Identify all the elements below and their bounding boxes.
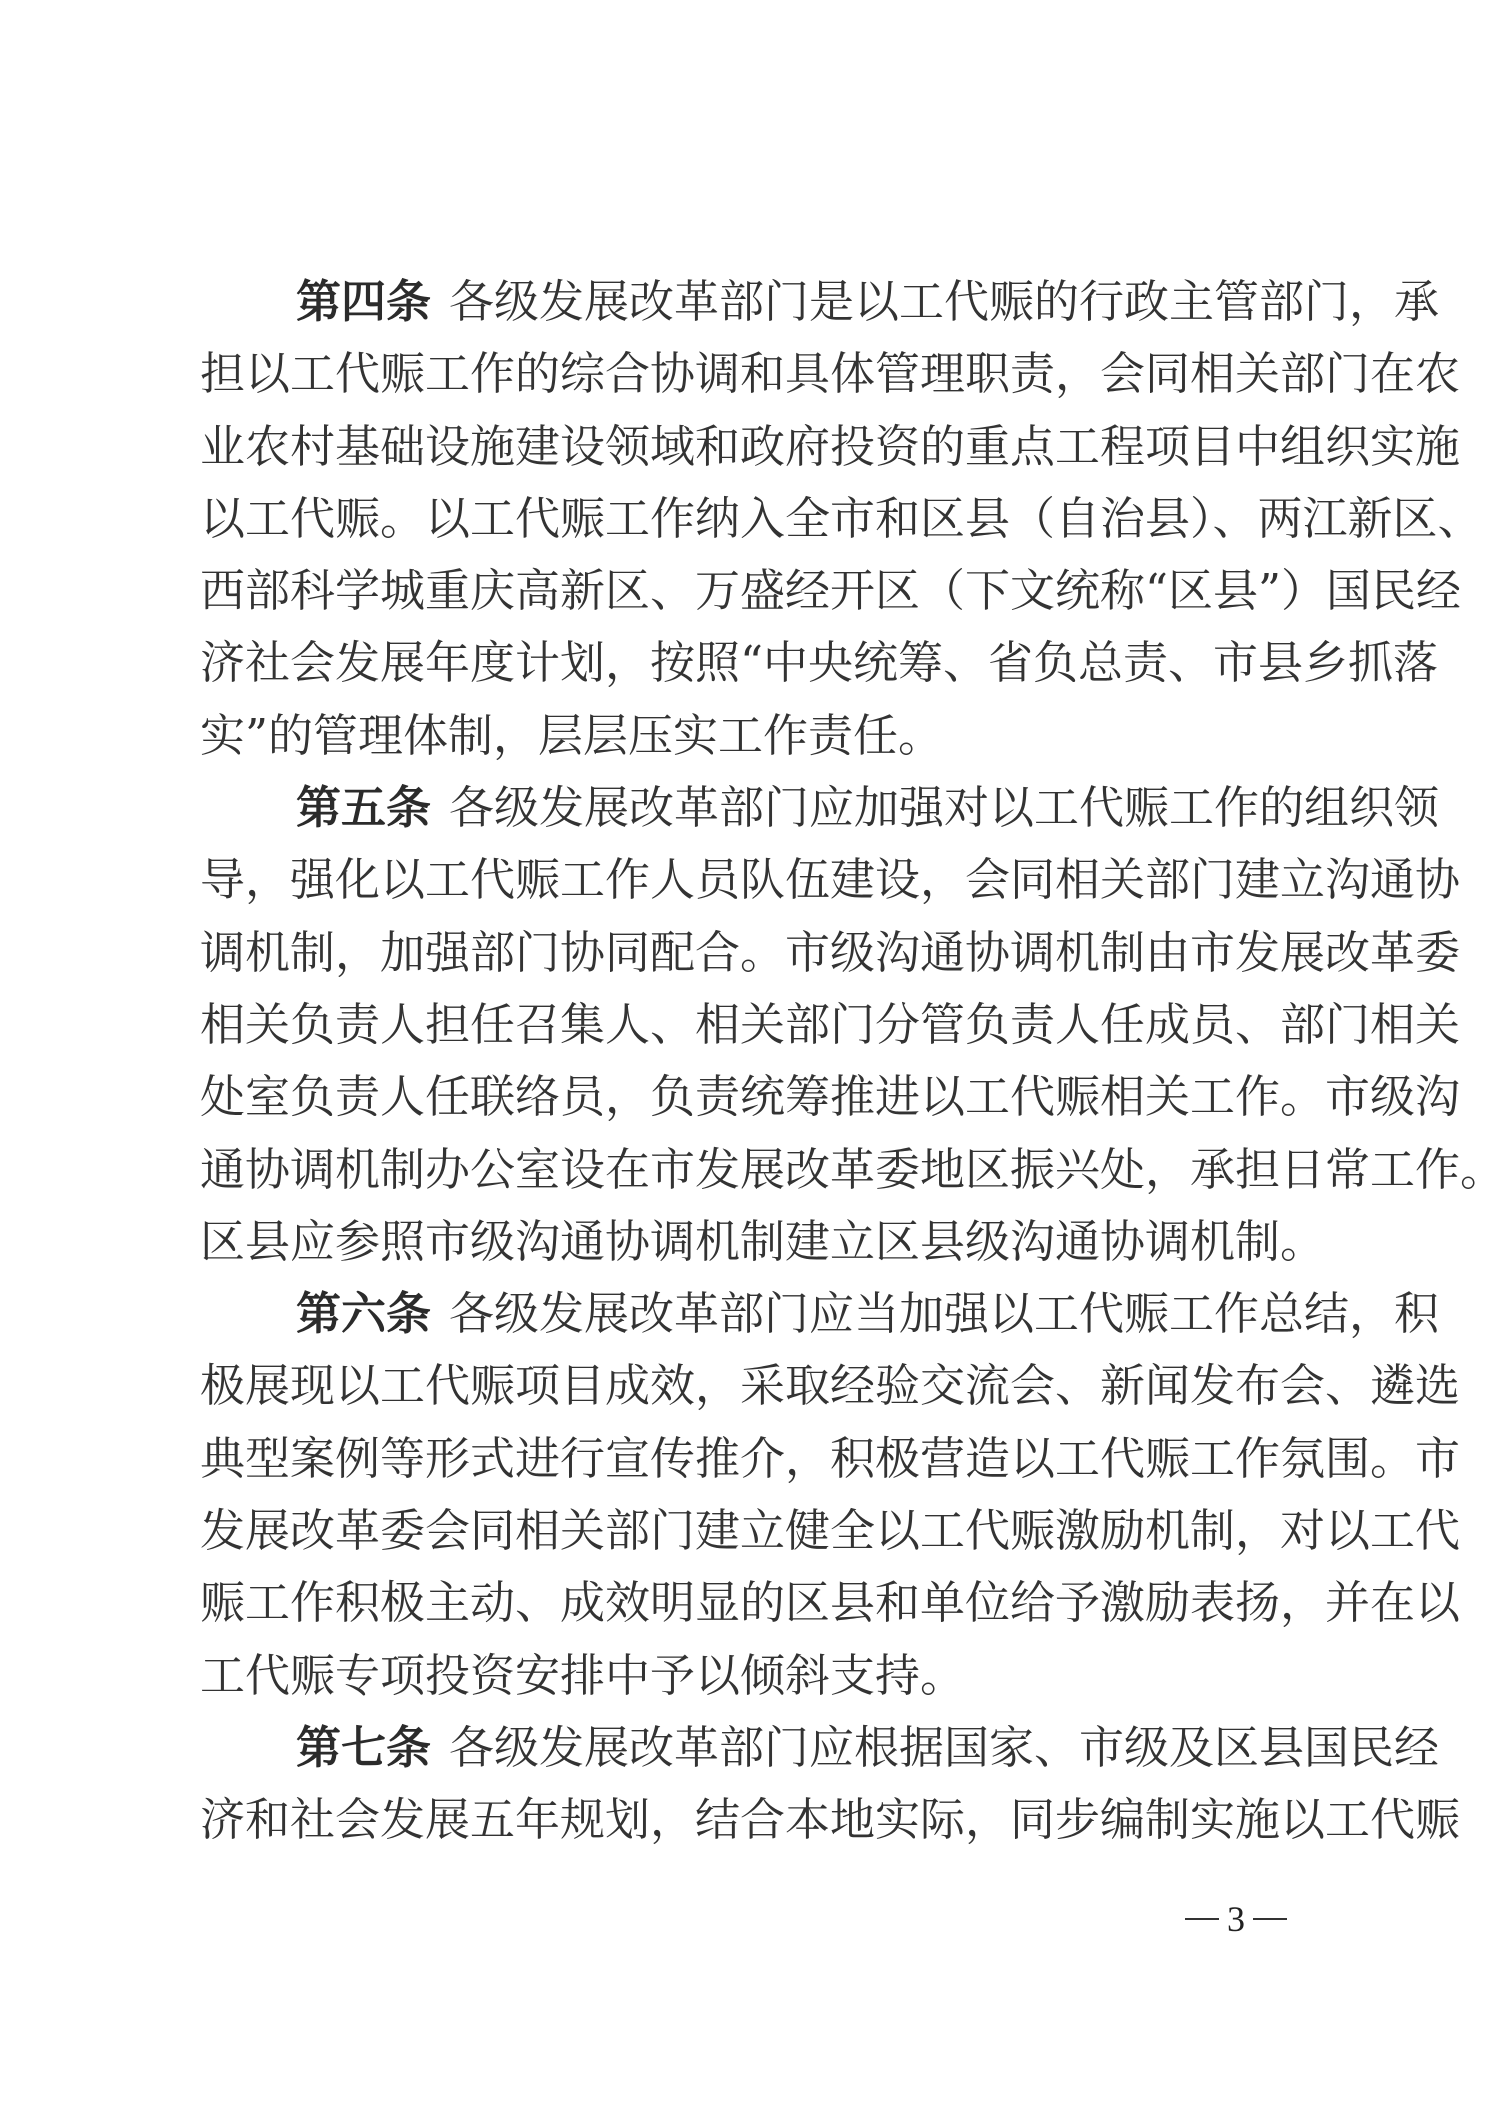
page-number: 3 bbox=[1185, 1898, 1305, 1940]
article-4-line-6: 济社会发展年度计划，按照“中央统筹、省负总责、市县乡抓落 bbox=[200, 627, 1305, 699]
article-5-label: 第五条 bbox=[296, 781, 431, 834]
page-number-value: 3 bbox=[1227, 1898, 1245, 1940]
article-6-line-3: 典型案例等形式进行宣传推介，积极营造以工代赈工作氛围。市 bbox=[200, 1423, 1305, 1495]
article-5-line-6: 通协调机制办公室设在市发展改革委地区振兴处，承担日常工作。 bbox=[200, 1134, 1305, 1206]
article-4-label: 第四条 bbox=[296, 275, 431, 328]
article-6-line-6: 工代赈专项投资安排中予以倾斜支持。 bbox=[200, 1640, 1305, 1712]
article-4-line-5: 西部科学城重庆高新区、万盛经开区（下文统称“区县”）国民经 bbox=[200, 555, 1305, 627]
page-number-dash-left bbox=[1185, 1918, 1219, 1920]
article-6-line-4: 发展改革委会同相关部门建立健全以工代赈激励机制，对以工代 bbox=[200, 1495, 1305, 1567]
article-6-text: 各级发展改革部门应当加强以工代赈工作总结，积 bbox=[449, 1287, 1439, 1340]
article-6-line-2: 极展现以工代赈项目成效，采取经验交流会、新闻发布会、遴选 bbox=[200, 1350, 1305, 1422]
article-6-line-5: 赈工作积极主动、成效明显的区县和单位给予激励表扬，并在以 bbox=[200, 1567, 1305, 1639]
article-5-line-4: 相关负责人担任召集人、相关部门分管负责人任成员、部门相关 bbox=[200, 989, 1305, 1061]
page-number-dash-right bbox=[1253, 1918, 1287, 1920]
article-6-line-1: 第六条各级发展改革部门应当加强以工代赈工作总结，积 bbox=[200, 1278, 1305, 1350]
article-5-line-5: 处室负责人任联络员，负责统筹推进以工代赈相关工作。市级沟 bbox=[200, 1061, 1305, 1133]
article-6-label: 第六条 bbox=[296, 1287, 431, 1340]
article-4-text: 各级发展改革部门是以工代赈的行政主管部门，承 bbox=[449, 275, 1439, 328]
article-4-line-2: 担以工代赈工作的综合协调和具体管理职责，会同相关部门在农 bbox=[200, 338, 1305, 410]
article-4-line-1: 第四条各级发展改革部门是以工代赈的行政主管部门，承 bbox=[200, 266, 1305, 338]
article-7-label: 第七条 bbox=[296, 1721, 431, 1774]
article-5-text: 各级发展改革部门应加强对以工代赈工作的组织领 bbox=[449, 781, 1439, 834]
article-7-text: 各级发展改革部门应根据国家、市级及区县国民经 bbox=[449, 1721, 1439, 1774]
article-7-line-2: 济和社会发展五年规划，结合本地实际，同步编制实施以工代赈 bbox=[200, 1784, 1305, 1856]
article-4-line-7: 实”的管理体制，层层压实工作责任。 bbox=[200, 700, 1305, 772]
article-5-line-1: 第五条各级发展改革部门应加强对以工代赈工作的组织领 bbox=[200, 772, 1305, 844]
document-page: 第四条各级发展改革部门是以工代赈的行政主管部门，承 担以工代赈工作的综合协调和具… bbox=[0, 0, 1487, 2105]
document-body: 第四条各级发展改革部门是以工代赈的行政主管部门，承 担以工代赈工作的综合协调和具… bbox=[200, 266, 1305, 1857]
article-4-line-4: 以工代赈。以工代赈工作纳入全市和区县（自治县）、两江新区、 bbox=[200, 483, 1305, 555]
article-5-line-7: 区县应参照市级沟通协调机制建立区县级沟通协调机制。 bbox=[200, 1206, 1305, 1278]
article-7-line-1: 第七条各级发展改革部门应根据国家、市级及区县国民经 bbox=[200, 1712, 1305, 1784]
article-5-line-2: 导，强化以工代赈工作人员队伍建设，会同相关部门建立沟通协 bbox=[200, 844, 1305, 916]
article-5-line-3: 调机制，加强部门协同配合。市级沟通协调机制由市发展改革委 bbox=[200, 917, 1305, 989]
article-4-line-3: 业农村基础设施建设领域和政府投资的重点工程项目中组织实施 bbox=[200, 411, 1305, 483]
